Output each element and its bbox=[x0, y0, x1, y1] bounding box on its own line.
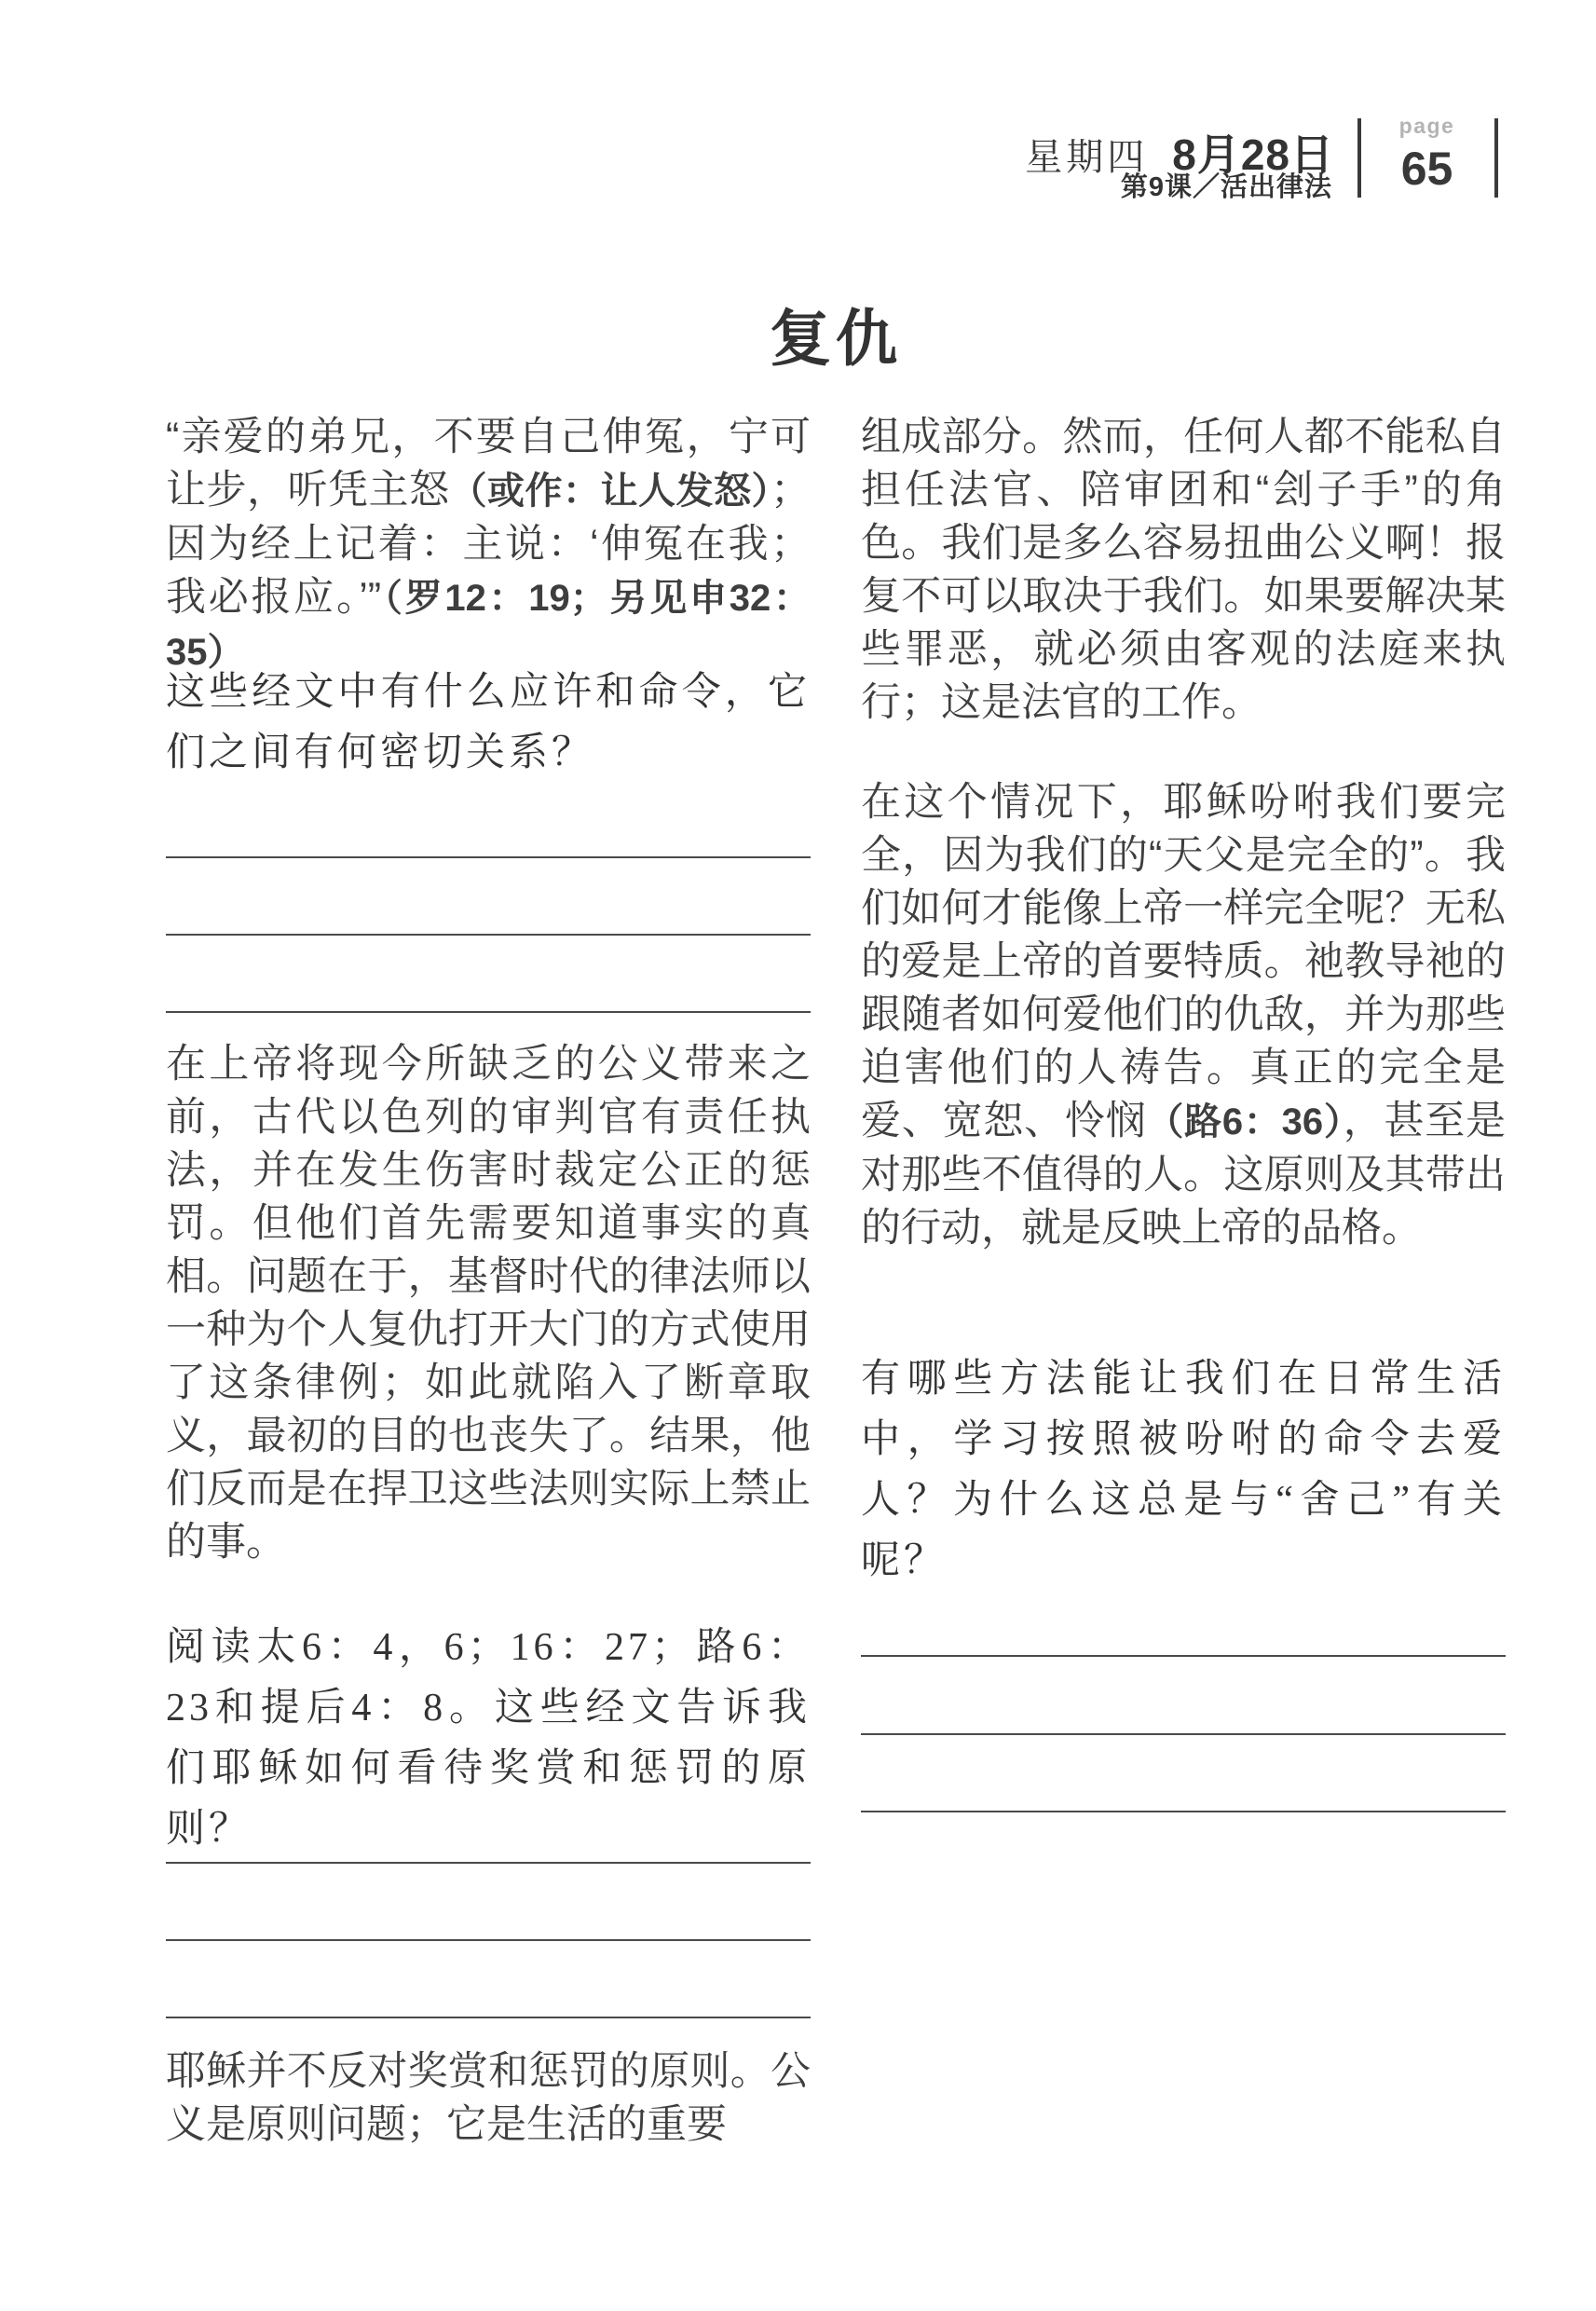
paragraph-text: 在这个情况下，耶稣吩咐我们要完全，因为我们的“天父是完全的”。我们如何才能像上帝… bbox=[861, 780, 1506, 1143]
answer-line bbox=[166, 1862, 811, 1864]
answer-line bbox=[861, 1811, 1506, 1812]
answer-line bbox=[166, 934, 811, 936]
left-paragraph-2: 在上帝将现今所缺乏的公义带来之前，古代以色列的审判官有责任执法，并在发生伤害时裁… bbox=[166, 1038, 811, 1569]
study-question-3: 有哪些方法能让我们在日常生活中，学习按照被吩咐的命令去爱人？为什么这总是与“舍己… bbox=[861, 1349, 1506, 1592]
answer-line bbox=[166, 2017, 811, 2018]
page-word-label: page bbox=[1359, 114, 1494, 139]
header-divider-right bbox=[1494, 118, 1498, 198]
page-title: 复仇 bbox=[166, 289, 1506, 377]
right-paragraph-2: 在这个情况下，耶稣吩咐我们要完全，因为我们的“天父是完全的”。我们如何才能像上帝… bbox=[861, 776, 1506, 1255]
right-paragraph-1: 组成部分。然而，任何人都不能私自担任法官、陪审团和“刽子手”的角色。我们是多么容… bbox=[861, 411, 1506, 730]
left-paragraph-3: 耶稣并不反对奖赏和惩罚的原则。公义是原则问题；它是生活的重要 bbox=[166, 2045, 811, 2152]
page-number: 65 bbox=[1359, 142, 1494, 196]
answer-line bbox=[166, 1939, 811, 1941]
scripture-reference: （路6：36） bbox=[1146, 1101, 1343, 1142]
study-question-1: 这些经文中有什么应许和命令，它们之间有何密切关系？ bbox=[166, 663, 811, 784]
answer-line bbox=[861, 1655, 1506, 1657]
answer-line bbox=[861, 1733, 1506, 1735]
book-page: 星期四 8月28日 第9课／活出律法 page 65 复仇 “亲爱的弟兄，不要自… bbox=[0, 0, 1596, 2311]
lesson-label: 第9课／活出律法 bbox=[1121, 166, 1332, 204]
study-question-2: 阅读太6：4，6；16：27；路6：23和提后4：8。这些经文告诉我们耶稣如何看… bbox=[166, 1618, 811, 1860]
left-paragraph-quote: “亲爱的弟兄，不要自己伸冤，宁可让步，听凭主怒（或作：让人发怒）；因为经上记着：… bbox=[166, 411, 811, 679]
page-number-block: page 65 bbox=[1359, 114, 1494, 196]
answer-line bbox=[166, 1011, 811, 1013]
answer-line bbox=[166, 856, 811, 858]
quote-alt-note: （或作：让人发怒） bbox=[450, 471, 771, 512]
